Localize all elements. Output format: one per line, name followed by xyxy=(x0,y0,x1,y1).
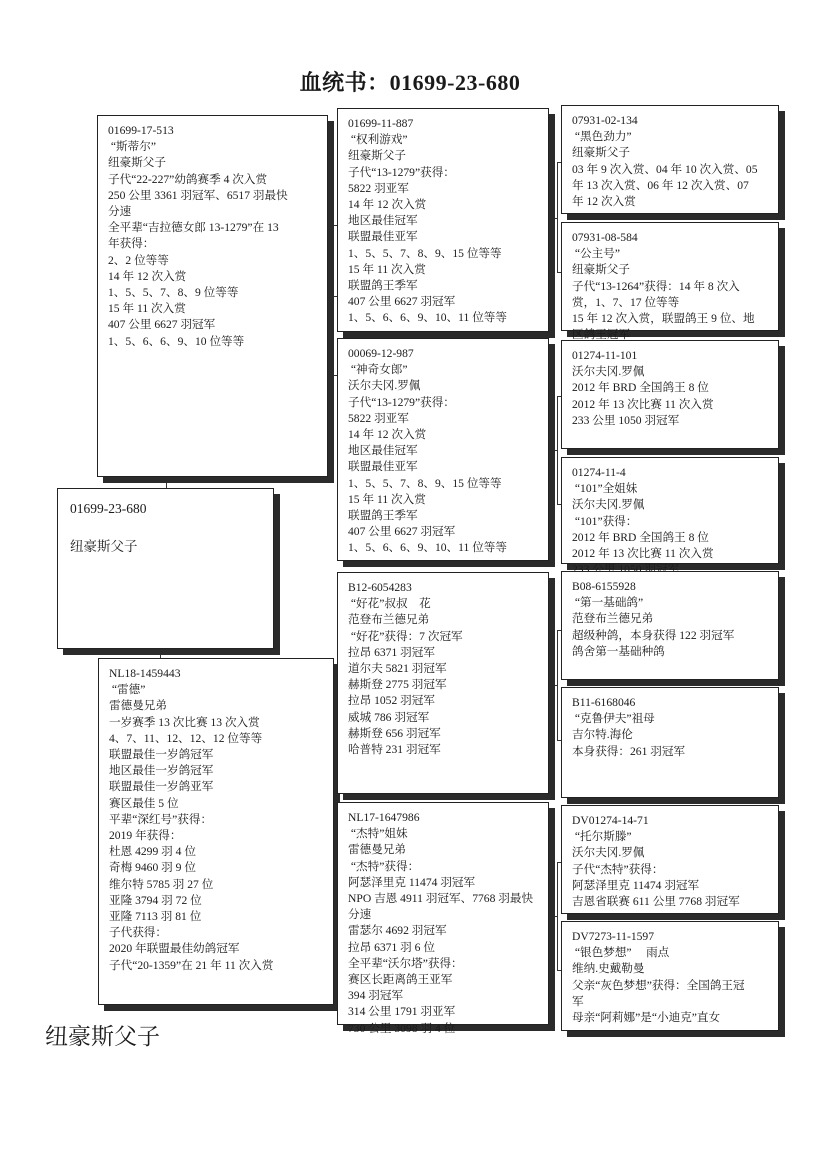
ring-number: 01699-17-513 xyxy=(108,123,317,139)
pedigree-line: 吉恩省联赛 611 公里 7768 羽冠军 xyxy=(572,894,768,910)
pedigree-line: 沃尔夫冈.罗佩 xyxy=(572,497,768,513)
great-grandparent-card-3: 01274-11-101沃尔夫冈.罗佩2012 年 BRD 全国鸽王 8 位20… xyxy=(561,340,779,449)
pedigree-line: 赏，1、7、17 位等等 xyxy=(572,295,768,311)
pedigree-line: 2019 年获得： xyxy=(109,828,323,844)
pedigree-line: “第一基础鸽” xyxy=(572,595,768,611)
pedigree-line: 纽豪斯父子 xyxy=(108,155,317,171)
pedigree-line: 纽豪斯父子 xyxy=(348,148,538,164)
great-grandparent-card-1: 07931-02-134 “黑色劲力”纽豪斯父子03 年 9 次入赏、04 年 … xyxy=(561,105,779,214)
pedigree-line: 平辈“深红号”获得： xyxy=(109,812,323,828)
pedigree-line: 1、5、6、6、9、10 位等等 xyxy=(108,334,317,350)
pedigree-line: 赫斯登 656 羽冠军 xyxy=(348,726,538,742)
ring-number: B08-6155928 xyxy=(572,579,768,595)
pedigree-line: 407 公里 6627 羽冠军 xyxy=(348,524,538,540)
ring-number: DV01274-14-71 xyxy=(572,813,768,829)
ring-number: B12-6054283 xyxy=(348,580,538,596)
pedigree-line: 母亲“阿莉娜”是“小迪克”直女 xyxy=(572,1010,768,1026)
pedigree-line: 联盟最佳一岁鸽亚军 xyxy=(109,779,323,795)
pedigree-line: 14 年 12 次入赏 xyxy=(108,269,317,285)
pedigree-line: 03 年 9 次入赏、04 年 10 次入赏、05 xyxy=(572,162,768,178)
pedigree-line: “好花”叔叔 花 xyxy=(348,596,538,612)
pedigree-line: 5822 羽亚军 xyxy=(348,181,538,197)
pedigree-line: NPO 吉恩 4911 羽冠军、7768 羽最快 xyxy=(348,891,538,907)
pedigree-line: “雷德” xyxy=(109,682,323,698)
pedigree-line: 雷瑟尔 4692 羽冠军 xyxy=(348,923,538,939)
pedigree-line: 15 年 11 次入赏 xyxy=(348,262,538,278)
pedigree-line: 14 年 12 次入赏 xyxy=(348,197,538,213)
great-grandparent-card-4: 01274-11-4 “101”全姐妹沃尔夫冈.罗佩 “101”获得：2012 … xyxy=(561,457,779,564)
sire-card: 01699-17-513 “斯蒂尔”纽豪斯父子子代“22-227”幼鸽赛季 4 … xyxy=(97,115,328,477)
pedigree-line: “斯蒂尔” xyxy=(108,139,317,155)
pedigree-line: 2020 年联盟最佳幼鸽冠军 xyxy=(109,941,323,957)
pedigree-line: 1、5、5、7、8、9、15 位等等 xyxy=(348,246,538,262)
pedigree-line: “好花”获得：7 次冠军 xyxy=(348,629,538,645)
pedigree-line: 1、5、5、7、8、9、15 位等等 xyxy=(348,476,538,492)
connector-sire-branch xyxy=(327,296,337,297)
pedigree-line: 14 年 12 次入赏 xyxy=(348,427,538,443)
pedigree-line: 阿瑟泽里克 11474 羽冠军 xyxy=(572,878,768,894)
pedigree-line: 子代获得： xyxy=(109,925,323,941)
ring-number: 01699-11-887 xyxy=(348,116,538,132)
pedigree-line: 15 年 11 次入赏 xyxy=(348,492,538,508)
connector-gp3-stem xyxy=(548,685,557,686)
pedigree-line: 超级种鸽，本身获得 122 羽冠军 xyxy=(572,628,768,644)
pedigree-line: 维尔特 5785 羽 27 位 xyxy=(109,877,323,893)
pedigree-line: “101”全姐妹 xyxy=(572,481,768,497)
pedigree-line: 赫斯登 2775 羽冠军 xyxy=(348,677,538,693)
ring-number: DV7273-11-1597 xyxy=(572,929,768,945)
pedigree-line: 2012 年 BRD 全国鸽王 8 位 xyxy=(572,530,768,546)
grandsire-paternal-card: 01699-11-887 “权利游戏”纽豪斯父子子代“13-1279”获得：58… xyxy=(337,108,549,332)
connector-gp2-stem xyxy=(548,450,557,451)
connector-gp2-bracket xyxy=(557,396,558,504)
connector-subject-dam xyxy=(160,648,161,658)
pedigree-line: 1、5、6、6、9、10、11 位等等 xyxy=(348,540,538,556)
pedigree-line: 子代“13-1279”获得： xyxy=(348,395,538,411)
pedigree-line: 407 公里 6627 羽冠军 xyxy=(108,317,317,333)
great-grandparent-card-7: DV01274-14-71 “托尔斯滕”沃尔夫冈.罗佩子代“杰特”获得：阿瑟泽里… xyxy=(561,805,779,914)
pedigree-line: 年 12 次入赏 xyxy=(572,194,768,210)
pedigree-line: 地区最佳冠军 xyxy=(348,213,538,229)
pedigree-line: 子代“13-1279”获得： xyxy=(348,165,538,181)
great-grandparent-card-8: DV7273-11-1597 “银色梦想” 雨点维纳.史戴勒曼父亲“灰色梦想”获… xyxy=(561,921,779,1031)
subject-breeder: 纽豪斯父子 xyxy=(70,537,261,557)
grandsire-maternal-card: B12-6054283 “好花”叔叔 花范登布兰德兄弟 “好花”获得：7 次冠军… xyxy=(337,572,549,794)
subject-ring-number: 01699-23-680 xyxy=(70,499,261,519)
pedigree-line: 纽豪斯父子 xyxy=(572,145,768,161)
pedigree-line: 范登布兰德兄弟 xyxy=(572,611,768,627)
pedigree-line: “神奇女郎” xyxy=(348,362,538,378)
pedigree-line: 奇梅 9460 羽 9 位 xyxy=(109,860,323,876)
pedigree-line: “公主号” xyxy=(572,246,768,262)
pedigree-line: 威城 786 羽冠军 xyxy=(348,710,538,726)
pedigree-line: 子代“杰特”获得： xyxy=(572,862,768,878)
pedigree-line: 730 公里 3098 羽 4 位 xyxy=(348,1021,538,1037)
pedigree-line: 沃尔夫冈.罗佩 xyxy=(572,845,768,861)
pedigree-line: “杰特”姐妹 xyxy=(348,826,538,842)
pedigree-line: 雷德曼兄弟 xyxy=(109,698,323,714)
pedigree-line: 地区最佳一岁鸽冠军 xyxy=(109,763,323,779)
pedigree-line: 父亲“灰色梦想”获得：全国鸽王冠 xyxy=(572,978,768,994)
pedigree-line: 314 公里 1791 羽亚军 xyxy=(348,1004,538,1020)
ring-number: 07931-08-584 xyxy=(572,230,768,246)
pedigree-line: 2012 年 13 次比赛 11 次入赏 xyxy=(572,397,768,413)
ring-number: 01274-11-101 xyxy=(572,348,768,364)
pedigree-line: 15 年 11 次入赏 xyxy=(108,301,317,317)
pedigree-line: “杰特”获得： xyxy=(348,859,538,875)
pedigree-line: “权利游戏” xyxy=(348,132,538,148)
pedigree-line: 哈普特 231 羽冠军 xyxy=(348,742,538,758)
pedigree-line: 年 13 次入赏、06 年 12 次入赏、07 xyxy=(572,178,768,194)
pedigree-line: 2012 年 13 次比赛 11 次入赏 xyxy=(572,546,768,562)
pedigree-line: 联盟最佳亚军 xyxy=(348,459,538,475)
pedigree-line: “银色梦想” 雨点 xyxy=(572,945,768,961)
ring-number: NL17-1647986 xyxy=(348,810,538,826)
pedigree-line: 4、7、11、12、12、12 位等等 xyxy=(109,731,323,747)
ring-number: 01274-11-4 xyxy=(572,465,768,481)
pedigree-line: 道尔夫 5821 羽冠军 xyxy=(348,661,538,677)
connector-gp4-stem xyxy=(548,916,557,917)
granddam-paternal-card: 00069-12-987 “神奇女郎”沃尔夫冈.罗佩子代“13-1279”获得：… xyxy=(337,338,549,561)
great-grandparent-card-6: B11-6168046 “克鲁伊夫”祖母吉尔特.海伦本身获得：261 羽冠军 xyxy=(561,687,779,798)
pedigree-line: 范登布兰德兄弟 xyxy=(348,612,538,628)
granddam-maternal-card: NL17-1647986 “杰特”姐妹雷德曼兄弟 “杰特”获得：阿瑟泽里克 11… xyxy=(337,802,549,1025)
pedigree-line: 子代“22-227”幼鸽赛季 4 次入赏 xyxy=(108,172,317,188)
pedigree-line: 沃尔夫冈.罗佩 xyxy=(348,378,538,394)
pedigree-title: 血统书：01699-23-680 xyxy=(0,66,820,97)
pedigree-line: 杜恩 4299 羽 4 位 xyxy=(109,844,323,860)
subject-card: 01699-23-680 纽豪斯父子 xyxy=(57,488,274,649)
pedigree-line: 394 羽冠军 xyxy=(348,988,538,1004)
pedigree-line: 阿瑟泽里克 11474 羽冠军 xyxy=(348,875,538,891)
great-grandparent-card-2: 07931-08-584 “公主号”纽豪斯父子子代“13-1264”获得：14 … xyxy=(561,222,779,331)
pedigree-line: 2012 年 BRD 全国鸽王 8 位 xyxy=(572,380,768,396)
pedigree-line: 2、2 位等等 xyxy=(108,253,317,269)
pedigree-line: 233 公里 1050 羽冠军 xyxy=(572,413,768,429)
connector-gp1-bracket xyxy=(557,162,558,272)
pedigree-line: 纽豪斯父子 xyxy=(572,262,768,278)
pedigree-line: 5822 羽亚军 xyxy=(348,411,538,427)
pedigree-line: 1、5、6、6、9、10、11 位等等 xyxy=(348,310,538,326)
pedigree-line: 赛区最佳 5 位 xyxy=(109,796,323,812)
pedigree-line: 250 公里 3361 羽冠军、6517 羽最快 xyxy=(108,188,317,204)
pedigree-line: 分速 xyxy=(348,907,538,923)
pedigree-line: 拉昂 6371 羽 6 位 xyxy=(348,940,538,956)
pedigree-line: 沃尔夫冈.罗佩 xyxy=(572,364,768,380)
pedigree-line: 分速 xyxy=(108,204,317,220)
great-grandparent-card-5: B08-6155928 “第一基础鸽”范登布兰德兄弟超级种鸽，本身获得 122 … xyxy=(561,571,779,680)
pedigree-line: 维纳.史戴勒曼 xyxy=(572,961,768,977)
dam-card: NL18-1459443 “雷德”雷德曼兄弟一岁赛季 13 次比赛 13 次入赏… xyxy=(98,658,334,1005)
pedigree-line: 一岁赛季 13 次比赛 13 次入赏 xyxy=(109,715,323,731)
pedigree-line: 亚隆 7113 羽 81 位 xyxy=(109,909,323,925)
pedigree-line: 联盟最佳一岁鸽冠军 xyxy=(109,747,323,763)
pedigree-line: 全平辈“沃尔塔”获得： xyxy=(348,956,538,972)
pedigree-line: 本身获得：261 羽冠军 xyxy=(572,744,768,760)
ring-number: NL18-1459443 xyxy=(109,666,323,682)
pedigree-line: 全平辈“吉拉德女郎 13-1279”在 13 xyxy=(108,220,317,236)
pedigree-line: 407 公里 6627 羽冠军 xyxy=(348,294,538,310)
pedigree-line: 联盟最佳亚军 xyxy=(348,229,538,245)
pedigree-line: “101”获得： xyxy=(572,514,768,530)
pedigree-line: 亚隆 3794 羽 72 位 xyxy=(109,893,323,909)
pedigree-line: “黑色劲力” xyxy=(572,129,768,145)
ring-number: B11-6168046 xyxy=(572,695,768,711)
ring-number: 00069-12-987 xyxy=(348,346,538,362)
connector-gp3-bracket xyxy=(557,630,558,740)
pedigree-line: 赛区长距离鸽王亚军 xyxy=(348,972,538,988)
pedigree-line: 拉昂 1052 羽冠军 xyxy=(348,693,538,709)
pedigree-line: 地区最佳冠军 xyxy=(348,443,538,459)
pedigree-line: “克鲁伊夫”祖母 xyxy=(572,711,768,727)
pedigree-line: 鸽舍第一基础种鸽 xyxy=(572,644,768,660)
connector-gp4-bracket xyxy=(557,862,558,970)
pedigree-line: 年获得： xyxy=(108,236,317,252)
breeder-footer-label: 纽豪斯父子 xyxy=(45,1018,160,1051)
pedigree-line: 联盟鸽王季军 xyxy=(348,278,538,294)
pedigree-line: 雷德曼兄弟 xyxy=(348,842,538,858)
pedigree-line: 拉昂 6371 羽冠军 xyxy=(348,645,538,661)
ring-number: 07931-02-134 xyxy=(572,113,768,129)
connector-gp1-stem xyxy=(548,218,557,219)
pedigree-line: 15 年 12 次入赏，联盟鸽王 9 位、地 xyxy=(572,311,768,327)
pedigree-line: 子代“20-1359”在 21 年 11 次入赏 xyxy=(109,958,323,974)
pedigree-line: 1、5、5、7、8、9 位等等 xyxy=(108,285,317,301)
pedigree-line: 联盟鸽王季军 xyxy=(348,508,538,524)
connector-subject-sire xyxy=(166,476,167,488)
pedigree-line: 吉尔特.海伦 xyxy=(572,727,768,743)
pedigree-line: 军 xyxy=(572,994,768,1010)
pedigree-line: 子代“13-1264”获得：14 年 8 次入 xyxy=(572,279,768,295)
pedigree-line: “托尔斯滕” xyxy=(572,829,768,845)
